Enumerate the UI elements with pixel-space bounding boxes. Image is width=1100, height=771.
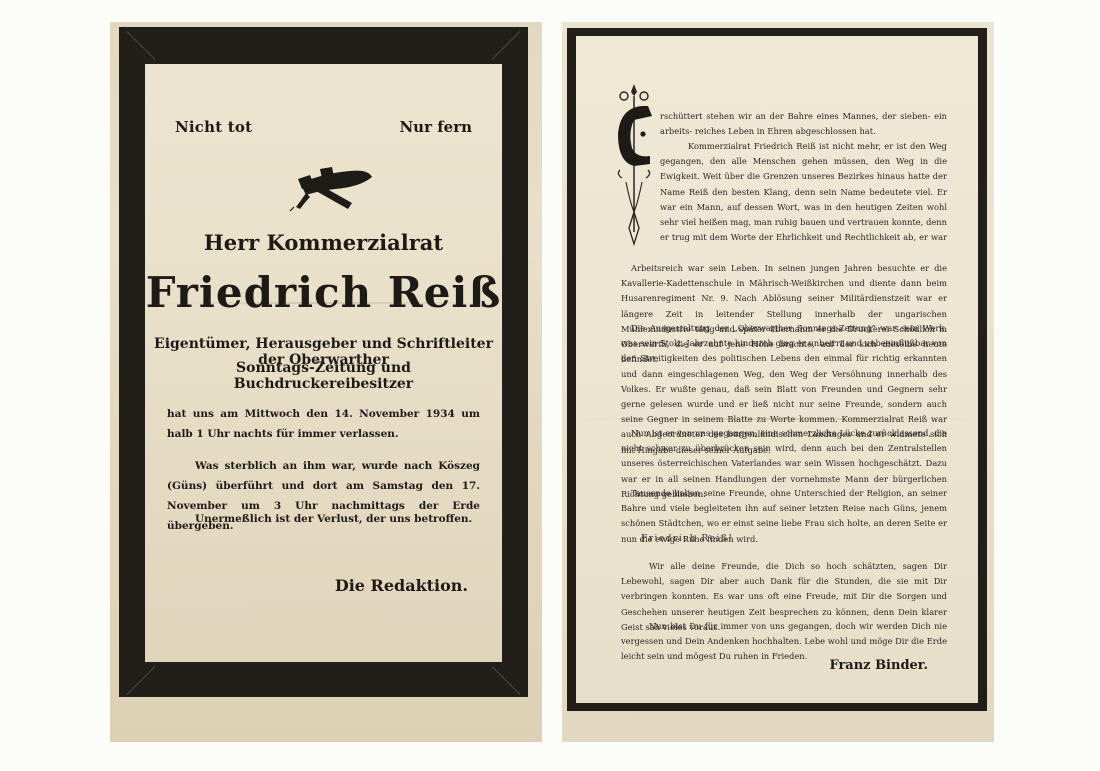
- signoff-author: Franz Binder.: [829, 658, 928, 673]
- mourning-border-frame: rschüttert stehen wir an der Bahre eines…: [567, 28, 987, 711]
- frame-corner-miter: [492, 31, 521, 60]
- eulogy-inner-panel: rschüttert stehen wir an der Bahre eines…: [576, 36, 978, 703]
- cross-with-palm-icon: [280, 159, 380, 214]
- motto-left: Nicht tot: [175, 118, 252, 136]
- left-page-mourning-notice: Nicht tot Nur fern Herr Kommerzialrat Fr…: [110, 22, 542, 742]
- role-description-line-2: Sonntags-Zeitung und Buchdruckereibesitz…: [145, 360, 502, 392]
- frame-corner-miter: [492, 666, 521, 695]
- right-page-eulogy: rschüttert stehen wir an der Bahre eines…: [562, 22, 994, 742]
- notice-paragraph: Unermeßlich ist der Verlust, der uns bet…: [167, 509, 480, 529]
- deceased-name: Friedrich Reiß: [145, 268, 502, 317]
- ornamental-initial-e-icon: [612, 82, 656, 246]
- notice-paragraph: hat uns am Mittwoch den 14. November 193…: [167, 404, 480, 444]
- signoff-editorial: Die Redaktion.: [335, 576, 468, 595]
- eulogy-paragraph: rschüttert stehen wir an der Bahre eines…: [660, 109, 947, 139]
- frame-corner-miter: [127, 31, 156, 60]
- notice-inner-panel: Nicht tot Nur fern Herr Kommerzialrat Fr…: [145, 64, 502, 662]
- eulogy-address-line: Friedrich Reiß!: [641, 534, 734, 544]
- frame-corner-miter: [127, 666, 156, 695]
- honorific-title: Herr Kommerzialrat: [145, 230, 502, 255]
- mourning-border-frame: Nicht tot Nur fern Herr Kommerzialrat Fr…: [119, 27, 528, 697]
- eulogy-paragraph: Kommerzialrat Friedrich Reiß ist nicht m…: [660, 139, 947, 245]
- motto-right: Nur fern: [399, 118, 472, 136]
